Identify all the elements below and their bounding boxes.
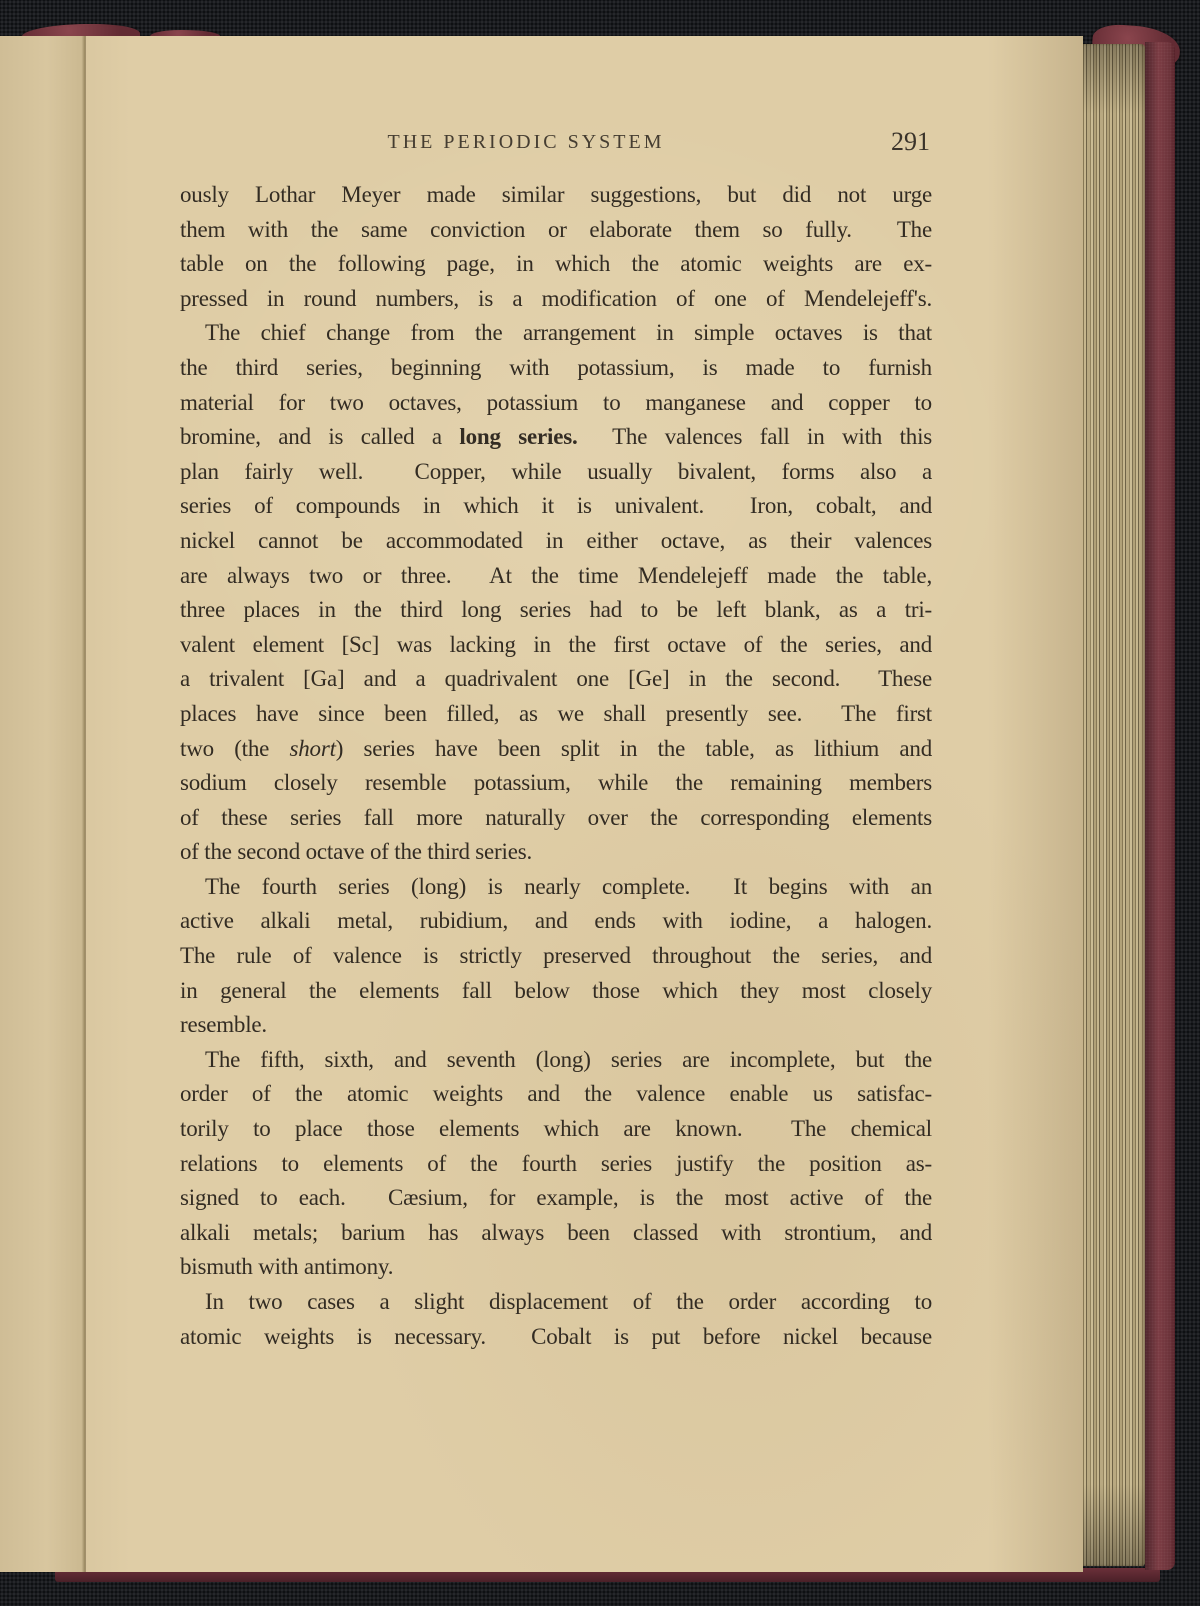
text-line: The chief change from the arrangement in… — [180, 316, 932, 351]
text-segment: table on the following page, in which th… — [180, 251, 932, 276]
page-header-title: THE PERIODIC SYSTEM — [180, 131, 872, 154]
text-segment: bromine, and is called a — [180, 424, 459, 449]
text-segment: series of compounds in which it is univa… — [180, 493, 932, 518]
text-segment: The fifth, sixth, and seventh (long) ser… — [205, 1047, 932, 1072]
text-segment: relations to elements of the fourth seri… — [180, 1151, 932, 1176]
text-line: a trivalent [Ga] and a quadrivalent one … — [180, 662, 932, 697]
text-line: of these series fall more naturally over… — [180, 801, 932, 836]
text-segment: ously Lothar Meyer made similar suggesti… — [180, 182, 932, 207]
text-segment: signed to each. Cæsium, for example, is … — [180, 1185, 932, 1210]
book-cover-right-edge — [1145, 42, 1175, 1570]
text-segment: The fourth series (long) is nearly compl… — [205, 874, 932, 899]
text-segment: nickel cannot be accommodated in either … — [180, 528, 932, 553]
text-segment: atomic weights is necessary. Cobalt is p… — [180, 1324, 932, 1349]
text-line: atomic weights is necessary. Cobalt is p… — [180, 1320, 932, 1355]
text-segment: In two cases a slight displacement of th… — [205, 1289, 932, 1314]
text-line: sodium closely resemble potassium, while… — [180, 766, 932, 801]
text-line: ously Lothar Meyer made similar suggesti… — [180, 178, 932, 213]
text-line: In two cases a slight displacement of th… — [180, 1285, 932, 1320]
text-segment-bold: long series. — [459, 424, 577, 449]
text-segment: The chief change from the arrangement in… — [205, 320, 932, 345]
text-segment: torily to place those elements which are… — [180, 1116, 932, 1141]
text-line: the third series, beginning with potassi… — [180, 351, 932, 386]
text-segment: in general the elements fall below those… — [180, 978, 932, 1003]
text-line: material for two octaves, potassium to m… — [180, 386, 932, 421]
text-segment: ) series have been split in the table, a… — [336, 736, 932, 761]
text-segment: a trivalent [Ga] and a quadrivalent one … — [180, 666, 932, 691]
text-line: pressed in round numbers, is a modificat… — [180, 282, 932, 317]
text-segment: valent element [Sc] was lacking in the f… — [180, 632, 932, 657]
text-segment: order of the atomic weights and the vale… — [180, 1081, 932, 1106]
text-line: The fourth series (long) is nearly compl… — [180, 870, 932, 905]
text-line: are always two or three. At the time Men… — [180, 559, 932, 594]
text-segment: three places in the third long series ha… — [180, 597, 932, 622]
text-segment: plan fairly well. Copper, while usually … — [180, 459, 932, 484]
text-line: The fifth, sixth, and seventh (long) ser… — [180, 1043, 932, 1078]
text-line: places have since been filled, as we sha… — [180, 697, 932, 732]
text-segment: the third series, beginning with potassi… — [180, 355, 932, 380]
photo-background: THE PERIODIC SYSTEM 291 ously Lothar Mey… — [0, 0, 1200, 1606]
text-line: torily to place those elements which are… — [180, 1112, 932, 1147]
text-segment: alkali metals; barium has always been cl… — [180, 1220, 932, 1245]
text-line: in general the elements fall below those… — [180, 974, 932, 1009]
text-line: bromine, and is called a long series. Th… — [180, 420, 932, 455]
text-segment: bismuth with antimony. — [180, 1254, 393, 1279]
text-line: active alkali metal, rubidium, and ends … — [180, 904, 932, 939]
text-line: table on the following page, in which th… — [180, 247, 932, 282]
text-line: plan fairly well. Copper, while usually … — [180, 455, 932, 490]
text-segment: places have since been filled, as we sha… — [180, 701, 932, 726]
text-segment: active alkali metal, rubidium, and ends … — [180, 908, 932, 933]
page-body-text: ously Lothar Meyer made similar suggesti… — [180, 178, 932, 1354]
text-line: alkali metals; barium has always been cl… — [180, 1216, 932, 1251]
text-segment: pressed in round numbers, is a modificat… — [180, 286, 932, 311]
text-segment: The rule of valence is strictly preserve… — [180, 943, 932, 968]
text-line: two (the short) series have been split i… — [180, 732, 932, 767]
text-segment: them with the same conviction or elabora… — [180, 217, 932, 242]
running-header: THE PERIODIC SYSTEM 291 — [180, 131, 932, 171]
text-line: resemble. — [180, 1008, 932, 1043]
text-segment: resemble. — [180, 1012, 267, 1037]
text-line: series of compounds in which it is univa… — [180, 489, 932, 524]
page-content: THE PERIODIC SYSTEM 291 ously Lothar Mey… — [180, 36, 932, 76]
text-line: bismuth with antimony. — [180, 1250, 932, 1285]
text-line: order of the atomic weights and the vale… — [180, 1077, 932, 1112]
text-segment: of the second octave of the third series… — [180, 839, 532, 864]
text-segment: are always two or three. At the time Men… — [180, 563, 932, 588]
text-line: signed to each. Cæsium, for example, is … — [180, 1181, 932, 1216]
text-segment: material for two octaves, potassium to m… — [180, 390, 932, 415]
text-segment: sodium closely resemble potassium, while… — [180, 770, 932, 795]
text-segment: two (the — [180, 736, 289, 761]
text-line: valent element [Sc] was lacking in the f… — [180, 628, 932, 663]
text-line: nickel cannot be accommodated in either … — [180, 524, 932, 559]
text-line: three places in the third long series ha… — [180, 593, 932, 628]
text-line: relations to elements of the fourth seri… — [180, 1147, 932, 1182]
book-page: THE PERIODIC SYSTEM 291 ously Lothar Mey… — [0, 36, 1083, 1572]
text-line: them with the same conviction or elabora… — [180, 213, 932, 248]
previous-page-gutter-fold — [0, 36, 86, 1572]
page-fore-edge-stack — [1081, 44, 1145, 1566]
text-line: of the second octave of the third series… — [180, 835, 932, 870]
text-segment: The valences fall in with this — [578, 424, 932, 449]
text-segment-italic: short — [289, 736, 335, 761]
text-segment: of these series fall more naturally over… — [180, 805, 932, 830]
text-line: The rule of valence is strictly preserve… — [180, 939, 932, 974]
page-number: 291 — [891, 127, 930, 157]
